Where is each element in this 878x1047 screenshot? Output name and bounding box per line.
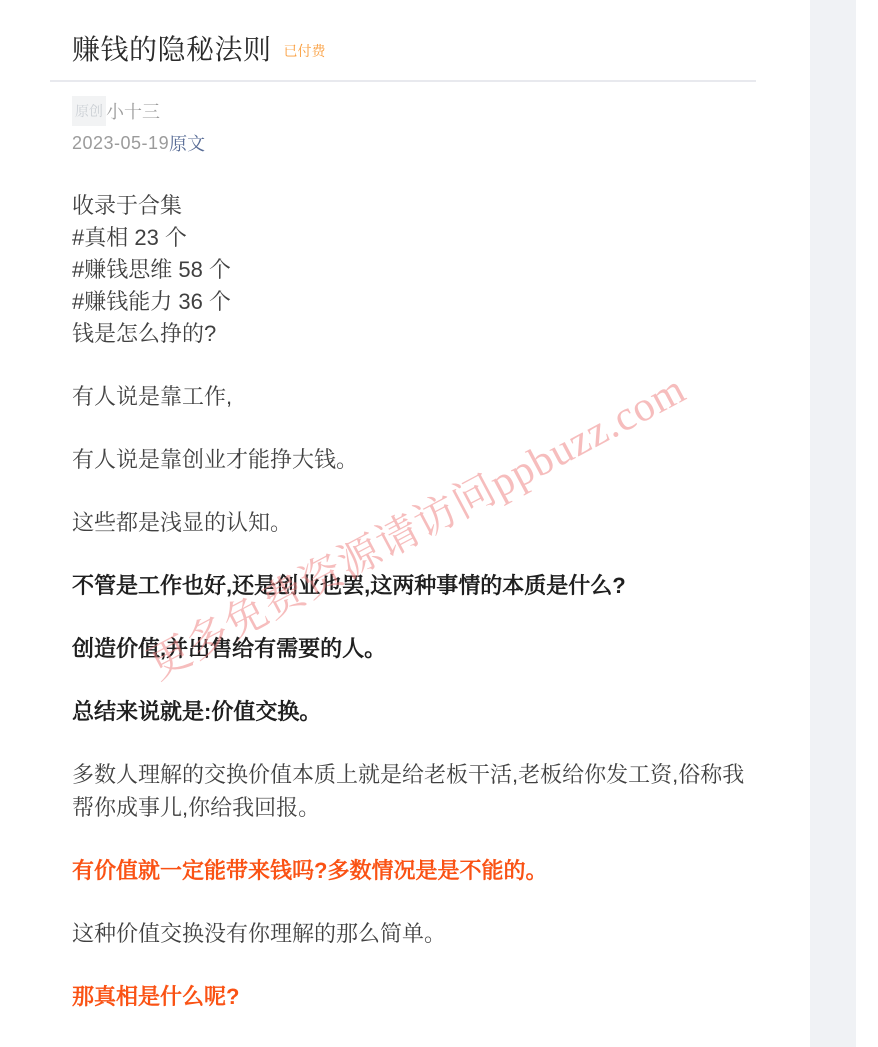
paragraph-emphasis: 总结来说就是:价值交换。 (72, 695, 762, 728)
paragraph: 有人说是靠创业才能挣大钱。 (72, 443, 762, 476)
lead-question: 钱是怎么挣的? (72, 318, 762, 350)
page-title: 赚钱的隐秘法则 (72, 28, 272, 68)
collection-header: 收录于合集 (72, 190, 762, 222)
paragraph-emphasis: 不管是工作也好,还是创业也罢,这两种事情的本质是什么? (72, 569, 762, 602)
right-gutter-panel (810, 0, 856, 1047)
collection-tag-truth[interactable]: #真相 23 个 (72, 222, 762, 254)
paragraph-emphasis: 创造价值,并出售给有需要的人。 (72, 632, 762, 665)
article-meta: 原创 小十三 2023-05-19 原文 (72, 96, 762, 158)
author-name[interactable]: 小十三 (106, 98, 160, 124)
author-row: 原创 小十三 (72, 96, 762, 126)
header-divider (50, 80, 756, 82)
article-header: 赚钱的隐秘法则 已付费 (72, 30, 762, 66)
paragraph: 多数人理解的交换价值本质上就是给老板干活,老板给你发工资,俗称我帮你成事儿,你给… (72, 758, 762, 824)
collection-tag-mindset[interactable]: #赚钱思维 58 个 (72, 254, 762, 286)
original-article-link[interactable]: 原文 (169, 130, 205, 156)
publish-date: 2023-05-19 (72, 133, 169, 154)
collection-block: 收录于合集 #真相 23 个 #赚钱思维 58 个 #赚钱能力 36 个 钱是怎… (72, 190, 762, 350)
paragraph: 有人说是靠工作, (72, 380, 762, 413)
date-row: 2023-05-19 原文 (72, 128, 762, 158)
article-view: 赚钱的隐秘法则 已付费 原创 小十三 2023-05-19 原文 收录于合集 #… (0, 0, 810, 1047)
collection-tag-ability[interactable]: #赚钱能力 36 个 (72, 286, 762, 318)
paragraph-highlight: 有价值就一定能带来钱吗?多数情况是是不能的。 (72, 854, 762, 887)
paid-status-badge: 已付费 (284, 41, 326, 61)
paragraph-highlight: 那真相是什么呢? (72, 980, 762, 1013)
article-body: 收录于合集 #真相 23 个 #赚钱思维 58 个 #赚钱能力 36 个 钱是怎… (72, 190, 762, 1013)
paragraph: 这些都是浅显的认知。 (72, 506, 762, 539)
paragraph: 这种价值交换没有你理解的那么简单。 (72, 917, 762, 950)
original-badge: 原创 (72, 96, 106, 126)
